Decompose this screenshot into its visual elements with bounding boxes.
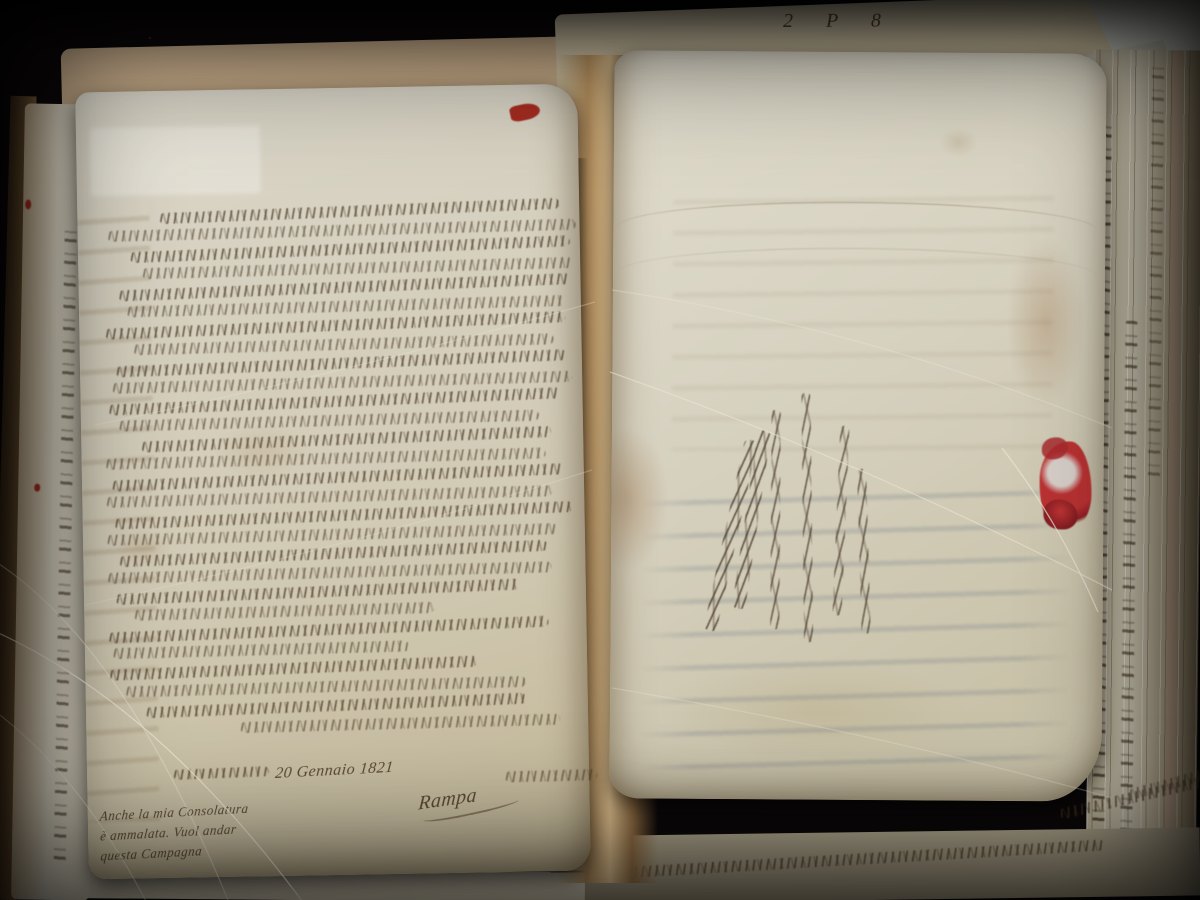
handwriting-line bbox=[109, 656, 477, 681]
address-line bbox=[770, 409, 781, 629]
handwriting-line bbox=[109, 616, 549, 644]
address-line bbox=[802, 392, 814, 642]
handwriting-line bbox=[113, 640, 409, 659]
address-line bbox=[857, 469, 871, 634]
handwriting-line bbox=[240, 714, 560, 733]
address-line bbox=[832, 425, 849, 615]
wax-blob bbox=[1043, 499, 1077, 529]
postscript-line: questa Campagna bbox=[100, 841, 250, 865]
handwriting-line bbox=[116, 579, 520, 606]
red-wax-speck bbox=[34, 484, 40, 492]
edge-writing-fragments bbox=[54, 224, 77, 864]
right-page bbox=[609, 50, 1106, 801]
date-text: 20 Gennaio 1821 bbox=[274, 759, 394, 783]
handwriting-line bbox=[134, 602, 434, 621]
seal-press-mark bbox=[90, 125, 261, 196]
red-wax-speck bbox=[25, 199, 31, 209]
handwriting-line bbox=[585, 839, 1105, 880]
left-page-lines bbox=[101, 202, 586, 742]
postscript: Anche la mia Consolatura è ammalata. Vuo… bbox=[100, 804, 250, 867]
signature: Rampa bbox=[417, 779, 514, 826]
handwriting-line bbox=[146, 693, 526, 719]
left-page: 20 Gennaio 1821 Rampa Anche la mia Conso… bbox=[75, 84, 591, 880]
date-line: 20 Gennaio 1821 bbox=[173, 761, 394, 783]
archive-mark: 2 P 8 bbox=[783, 10, 895, 33]
address-block bbox=[661, 323, 981, 671]
handwriting-line bbox=[173, 766, 269, 780]
photo-manuscript-book: 2 P 8 112 20 Gennaio 1821 Rampa bbox=[0, 0, 1200, 900]
red-wax-seal bbox=[1039, 441, 1092, 533]
handwriting-line bbox=[505, 769, 597, 782]
